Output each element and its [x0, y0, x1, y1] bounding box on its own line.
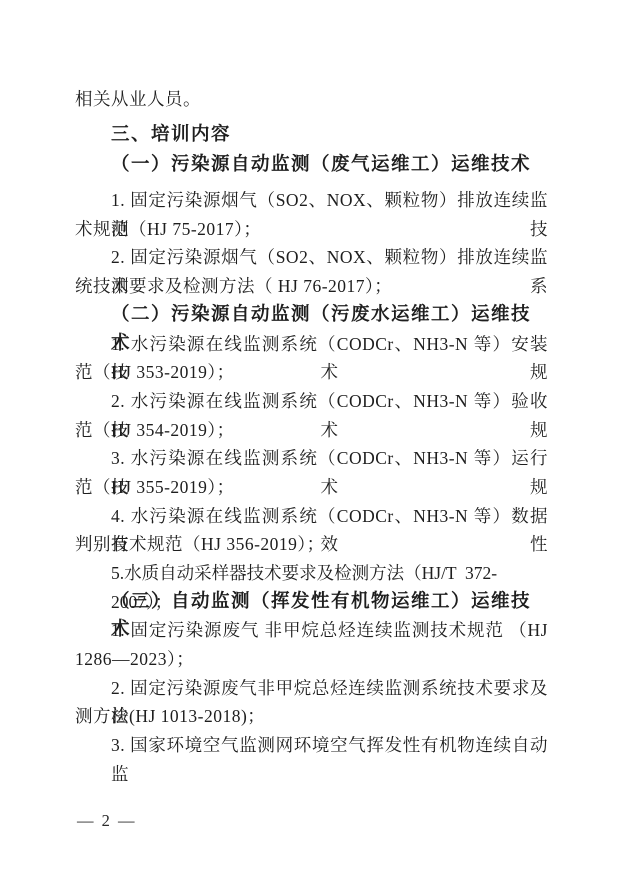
heading-line: （一）污染源自动监测（废气运维工）运维技术 — [75, 151, 548, 180]
document-page: 相关从业人员。三、培训内容（一）污染源自动监测（废气运维工）运维技术1. 固定污… — [0, 0, 623, 890]
text-line: 5.水质自动采样器技术要求及检测方法（HJ/T 372-2007）； — [75, 559, 548, 588]
text-line: 3. 水污染源在线监测系统（CODCr、NH3-N 等）运行技术规 — [75, 444, 548, 473]
text-line: 3. 国家环境空气监测网环境空气挥发性有机物连续自动监 — [75, 731, 548, 760]
text-line: 1. 固定污染源烟气（SO2、NOX、颗粒物）排放连续监测技 — [75, 186, 548, 215]
text-line: 测方法(HJ 1013-2018)； — [75, 702, 548, 731]
text-line: 2. 固定污染源废气非甲烷总烃连续监测系统技术要求及检 — [75, 674, 548, 703]
heading-line: 三、培训内容 — [75, 121, 548, 150]
heading-line: （三）自动监测（挥发性有机物运维工）运维技术 — [75, 588, 548, 617]
text-line: 1. 水污染源在线监测系统（CODCr、NH3-N 等）安装技术规 — [75, 330, 548, 359]
document-body: 相关从业人员。三、培训内容（一）污染源自动监测（废气运维工）运维技术1. 固定污… — [75, 85, 548, 760]
text-line: 2. 水污染源在线监测系统（CODCr、NH3-N 等）验收技术规 — [75, 387, 548, 416]
page-number: — 2 — — [77, 811, 137, 831]
text-line: 1286—2023）； — [75, 645, 548, 674]
text-line: 2. 固定污染源烟气（SO2、NOX、颗粒物）排放连续监测系 — [75, 243, 548, 272]
text-line: 相关从业人员。 — [75, 85, 548, 114]
text-line: 1. 固定污染源废气 非甲烷总烃连续监测技术规范 （HJ — [75, 616, 548, 645]
text-line: 4. 水污染源在线监测系统（CODCr、NH3-N 等）数据有效性 — [75, 502, 548, 531]
heading-line: （二）污染源自动监测（污废水运维工）运维技术 — [75, 301, 548, 330]
